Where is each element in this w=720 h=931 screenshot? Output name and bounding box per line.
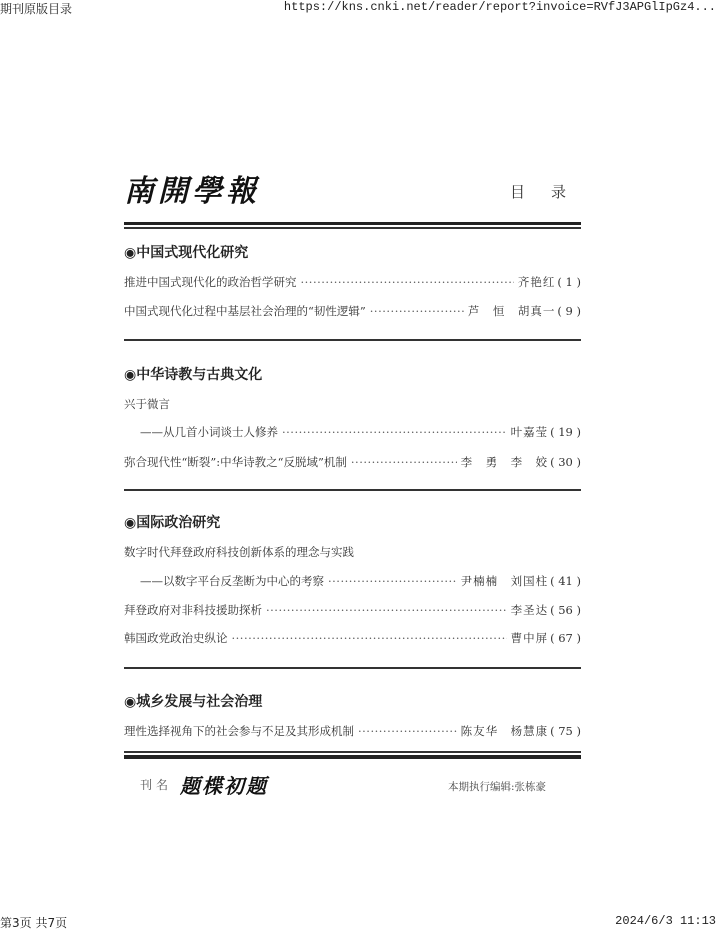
article-page: ( 1 )	[557, 275, 581, 289]
leader-dots	[282, 425, 507, 439]
toc-entry[interactable]: 中国式现代化过程中基层社会治理的“韧性逻辑” 芦 恒 胡真一 ( 9 )	[124, 303, 581, 319]
article-title[interactable]: 数字时代拜登政府科技创新体系的理念与实践	[124, 544, 354, 560]
leader-dots	[351, 455, 457, 469]
section-heading: ◉中国式现代化研究	[124, 242, 248, 262]
toc-entry[interactable]: 韩国政党政治史纵论 曹中屏 ( 67 )	[124, 630, 581, 646]
toc-title: 目录	[510, 181, 592, 202]
article-authors: 叶嘉莹	[511, 424, 549, 440]
leader-dots	[370, 304, 464, 318]
article-authors: 李圣达	[511, 602, 549, 618]
section-divider	[124, 667, 581, 669]
section-divider	[124, 489, 581, 491]
executive-editor: 本期执行编辑:张栋豪	[448, 779, 546, 794]
footer-double-rule	[124, 751, 581, 759]
article-authors: 曹中屏	[511, 630, 549, 646]
article-page: ( 75 )	[550, 724, 581, 738]
article-page: ( 67 )	[550, 631, 581, 645]
article-authors: 芦 恒 胡真一	[468, 303, 556, 319]
article-authors: 尹楠楠 刘国柱	[461, 573, 549, 589]
journal-masthead: 南開學報	[124, 166, 260, 210]
browser-print-title: 期刊原版目录	[0, 0, 72, 17]
section-heading: ◉城乡发展与社会治理	[124, 691, 262, 711]
calligraphy-title: 题楪初题	[180, 770, 268, 799]
article-page: ( 41 )	[550, 574, 581, 588]
journal-name-label: 刊名	[140, 776, 172, 793]
toc-entry[interactable]: 理性选择视角下的社会参与不足及其形成机制 陈友华 杨慧康 ( 75 )	[124, 723, 581, 739]
article-authors: 陈友华 杨慧康	[461, 723, 549, 739]
leader-dots	[232, 631, 507, 645]
browser-print-url: https://kns.cnki.net/reader/report?invoi…	[284, 0, 716, 14]
print-datetime: 2024/6/3 11:13	[615, 914, 716, 928]
article-title[interactable]: 理性选择视角下的社会参与不足及其形成机制	[124, 723, 354, 739]
article-title[interactable]: 推进中国式现代化的政治哲学研究	[124, 274, 297, 290]
section-heading: ◉国际政治研究	[124, 512, 220, 532]
article-page: ( 30 )	[550, 455, 581, 469]
article-page: ( 19 )	[550, 425, 581, 439]
article-authors: 齐艳红	[518, 274, 556, 290]
section-divider	[124, 339, 581, 341]
leader-dots	[358, 724, 457, 738]
toc-entry[interactable]: 推进中国式现代化的政治哲学研究 齐艳红 ( 1 )	[124, 274, 581, 290]
article-page: ( 56 )	[550, 603, 581, 617]
leader-dots	[301, 275, 514, 289]
article-title[interactable]: 韩国政党政治史纵论	[124, 630, 228, 646]
toc-entry[interactable]: ——从几首小词谈士人修养 叶嘉莹 ( 19 )	[140, 424, 581, 440]
article-subtitle[interactable]: ——以数字平台反垄断为中心的考察	[140, 573, 324, 589]
toc-entry[interactable]: 弥合现代性“断裂”:中华诗教之“反脱域”机制 李 勇 李 姣 ( 30 )	[124, 454, 581, 470]
header-double-rule	[124, 222, 581, 229]
article-subtitle[interactable]: ——从几首小词谈士人修养	[140, 424, 278, 440]
page-indicator: 第3页 共7页	[0, 914, 67, 931]
toc-entry[interactable]: ——以数字平台反垄断为中心的考察 尹楠楠 刘国柱 ( 41 )	[140, 573, 581, 589]
article-title[interactable]: 中国式现代化过程中基层社会治理的“韧性逻辑”	[124, 303, 366, 319]
article-title[interactable]: 兴于微言	[124, 396, 170, 412]
article-title[interactable]: 弥合现代性“断裂”:中华诗教之“反脱域”机制	[124, 454, 347, 470]
leader-dots	[266, 603, 507, 617]
leader-dots	[328, 574, 457, 588]
article-authors: 李 勇 李 姣	[461, 454, 549, 470]
toc-entry[interactable]: 拜登政府对非科技援助探析 李圣达 ( 56 )	[124, 602, 581, 618]
article-page: ( 9 )	[557, 304, 581, 318]
section-heading: ◉中华诗教与古典文化	[124, 364, 262, 384]
article-title[interactable]: 拜登政府对非科技援助探析	[124, 602, 262, 618]
